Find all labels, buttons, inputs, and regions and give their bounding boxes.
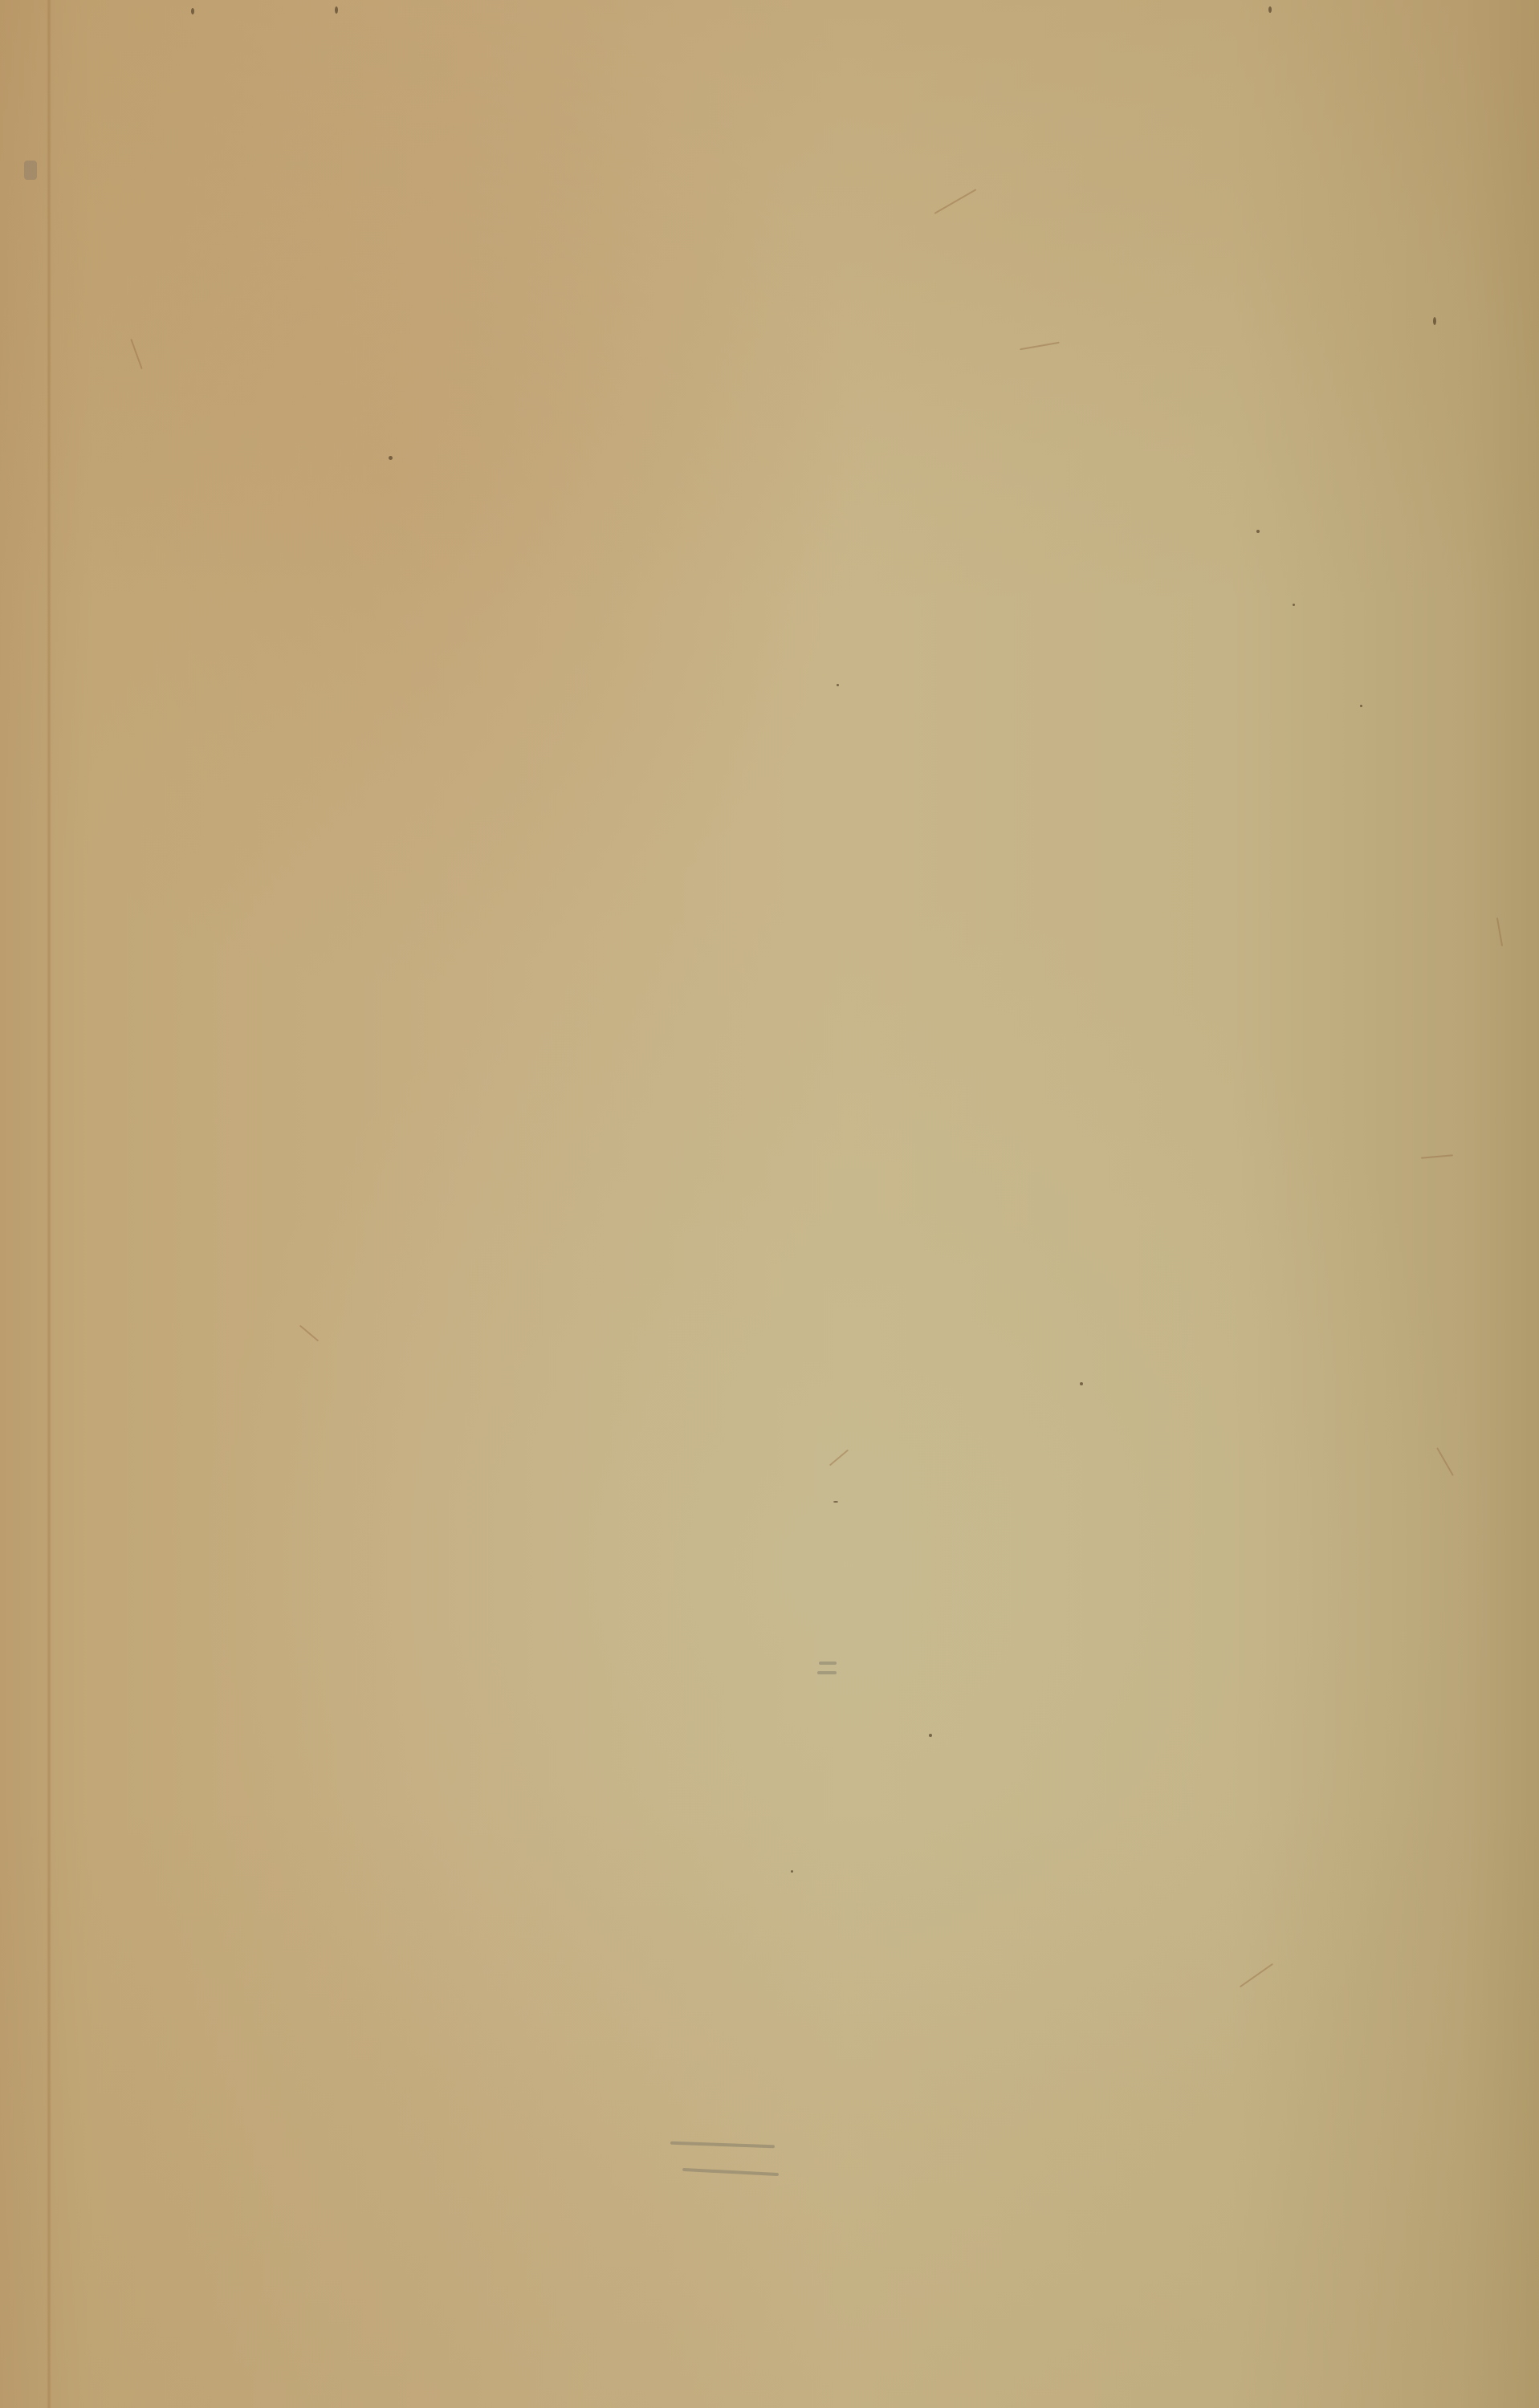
paper-fiber <box>1436 1447 1454 1476</box>
paper-fiber <box>130 339 143 369</box>
paper-speck <box>837 684 839 686</box>
blank-page <box>0 0 1539 2408</box>
smudge-mark <box>24 161 37 180</box>
pencil-mark <box>817 1671 837 1674</box>
paper-fiber <box>1020 342 1060 351</box>
pencil-mark <box>682 2168 779 2176</box>
paper-speck <box>833 1501 838 1503</box>
paper-speck <box>1293 604 1295 606</box>
paper-fiber <box>934 189 977 214</box>
paper-fiber <box>1240 1963 1273 1987</box>
pencil-mark <box>819 1662 837 1665</box>
page-gutter-edge <box>47 0 51 2408</box>
paper-fiber <box>1496 917 1503 946</box>
paper-speck <box>1268 6 1272 13</box>
paper-speck <box>1080 1382 1083 1385</box>
paper-fiber <box>1421 1154 1453 1158</box>
pencil-mark <box>670 2142 775 2149</box>
paper-speck <box>389 456 393 460</box>
paper-fiber <box>829 1450 849 1466</box>
paper-fiber <box>299 1325 319 1342</box>
paper-speck <box>1433 317 1436 325</box>
paper-speck <box>929 1734 932 1737</box>
paper-speck <box>1360 705 1362 707</box>
paper-speck <box>1256 530 1260 533</box>
paper-speck <box>335 6 338 14</box>
paper-speck <box>191 8 194 14</box>
paper-speck <box>791 1870 793 1873</box>
